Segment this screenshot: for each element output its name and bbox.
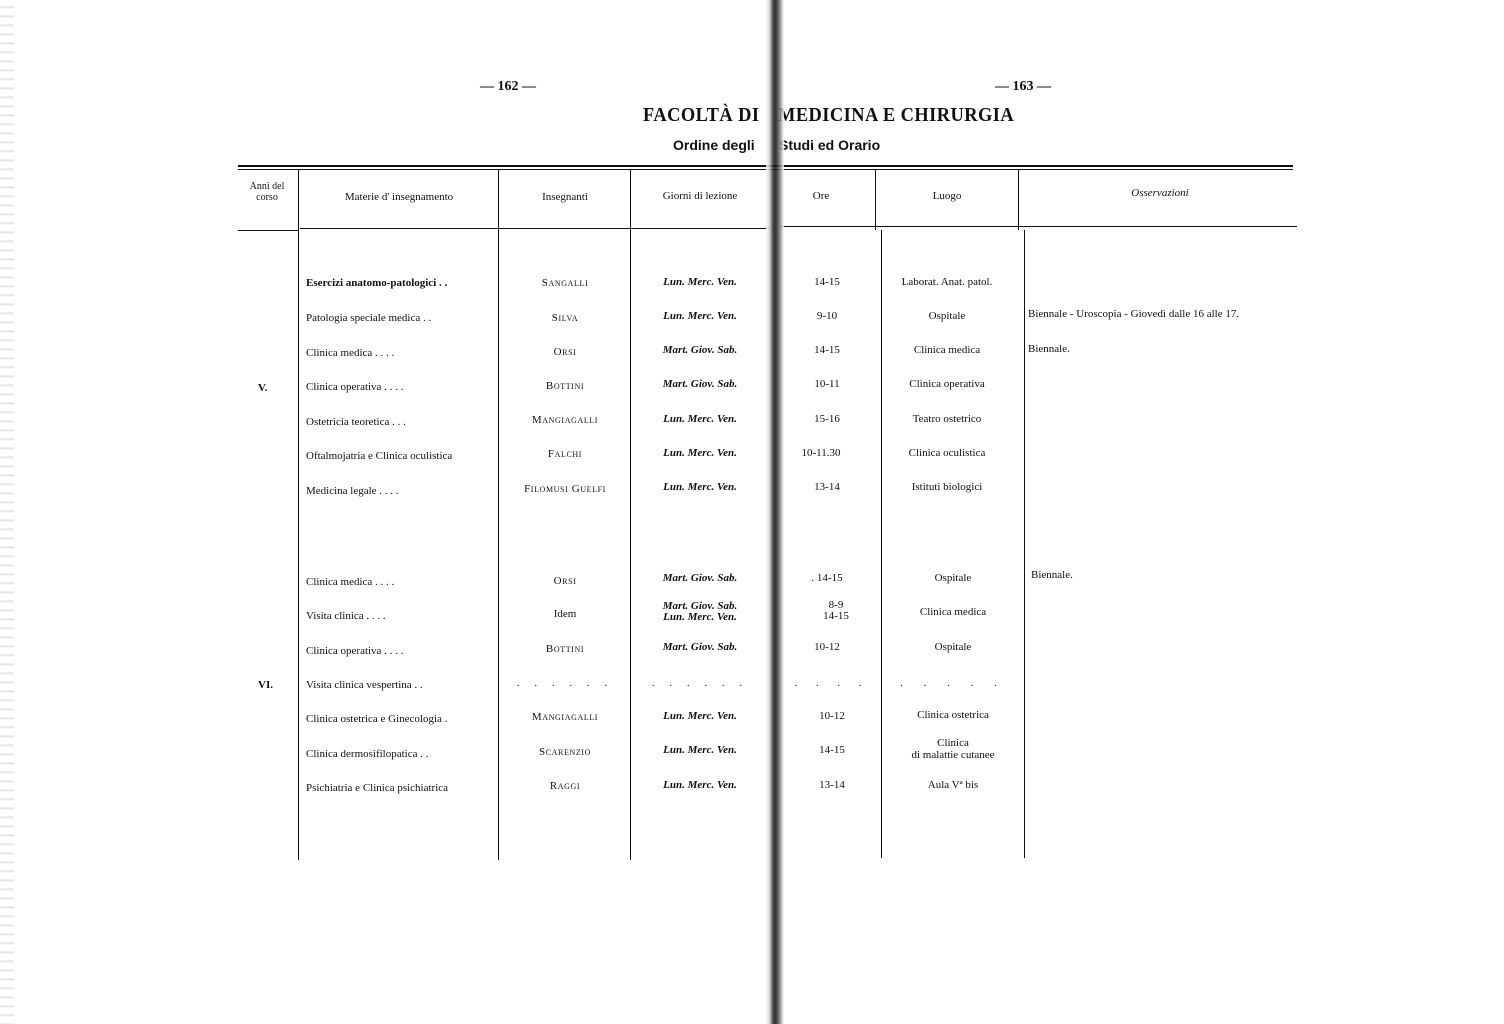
- materia: Clinica medica . . . .: [306, 347, 394, 359]
- header-bottom-rule-left: [238, 230, 298, 231]
- insegnante: Bottini: [500, 643, 630, 655]
- subtitle-left: Ordine degli: [673, 137, 755, 153]
- luogo: Clinica: [883, 738, 1023, 749]
- header-ore: Ore: [784, 191, 858, 202]
- col-line-4b: [881, 230, 882, 858]
- luogo: Clinica medica: [877, 344, 1017, 356]
- col-line-5b: [1024, 230, 1025, 858]
- page-number-right: — 163 —: [995, 79, 1051, 95]
- giorni: Lun. Merc. Ven.: [632, 481, 768, 493]
- osservazione: Biennale.: [1028, 343, 1070, 355]
- ore: 15-16: [784, 413, 870, 425]
- luogo: Clinica oculistica: [877, 447, 1017, 459]
- materia: Oftalmojatria e Clinica oculistica: [306, 450, 452, 462]
- header-materie: Materie d' insegnamento: [300, 192, 498, 203]
- insegnante: Idem: [500, 608, 630, 620]
- header-giorni: Giorni di lezione: [632, 191, 768, 202]
- luogo: Clinica ostetrica: [883, 709, 1023, 721]
- insegnante: Orsi: [500, 346, 630, 358]
- giorni-2: Lun. Merc. Ven.: [632, 612, 768, 623]
- materia: Esercizi anatomo-patologici . .: [306, 277, 447, 289]
- giorni: . . . . . .: [632, 677, 768, 689]
- insegnante: Scarenzio: [500, 746, 630, 758]
- insegnante: Mangiagalli: [500, 711, 630, 723]
- insegnante: . . . . . .: [500, 677, 630, 689]
- ore: 10-11.30: [784, 447, 858, 459]
- giorni: Mart. Giov. Sab.: [632, 344, 768, 356]
- giorni: Mart. Giov. Sab.: [632, 572, 768, 584]
- year-label-v: V.: [258, 382, 267, 394]
- ore: 10-12: [784, 710, 880, 722]
- luogo: Aula Vª bis: [883, 779, 1023, 791]
- giorni: Mart. Giov. Sab.: [632, 378, 768, 390]
- ore: 10-12: [784, 641, 870, 653]
- insegnante: Sangalli: [500, 277, 630, 289]
- materia: Ostetricia teoretica . . .: [306, 416, 406, 428]
- luogo: Istituti biologici: [877, 481, 1017, 493]
- materia: Patologia speciale medica . .: [306, 312, 431, 324]
- luogo: Clinica medica: [883, 606, 1023, 618]
- year-label-vi: VI.: [258, 679, 273, 691]
- insegnante: Falchi: [500, 448, 630, 460]
- header-bottom-rule-mid: [300, 228, 770, 229]
- materia: Clinica dermosifilopatica . .: [306, 748, 429, 760]
- giorni: Lun. Merc. Ven.: [632, 310, 768, 322]
- header-luogo: Luogo: [877, 191, 1017, 202]
- page-title-right: MEDICINA E CHIRURGIA: [778, 104, 1014, 127]
- giorni: Lun. Merc. Ven.: [632, 710, 768, 722]
- ore: 13-14: [784, 779, 880, 791]
- luogo: Ospitale: [883, 572, 1023, 584]
- osservazione: Biennale.: [1031, 569, 1073, 581]
- book-spine: [766, 0, 784, 1024]
- page-number-left: — 162 —: [480, 79, 536, 95]
- ore: 13-14: [784, 481, 870, 493]
- luogo: Teatro ostetrico: [877, 413, 1017, 425]
- ore: . 14-15: [784, 572, 870, 584]
- ore: 14-15: [784, 344, 870, 356]
- col-line-3: [630, 170, 631, 860]
- insegnante: Bottini: [500, 380, 630, 392]
- materia: Clinica medica . . . .: [306, 576, 394, 588]
- materia: Clinica operativa . . . .: [306, 381, 403, 393]
- ore-2: 14-15: [784, 611, 888, 622]
- ore: 9-10: [784, 310, 870, 322]
- luogo: Clinica operativa: [877, 378, 1017, 390]
- ore: 10-11: [784, 378, 870, 390]
- col-line-5a: [1018, 170, 1019, 230]
- giorni: Lun. Merc. Ven.: [632, 779, 768, 791]
- scan-edge: [0, 0, 14, 1024]
- insegnante: Filomusi Guelfi: [500, 483, 630, 495]
- materia: Clinica ostetrica e Ginecologia .: [306, 713, 447, 725]
- header-anni: Anni del corso: [242, 181, 292, 203]
- materia: Visita clinica vespertina . .: [306, 679, 423, 691]
- insegnante: Orsi: [500, 575, 630, 587]
- osservazione: Biennale - Uroscopia - Giovedì dalle 16 …: [1028, 308, 1239, 320]
- ore: 14-15: [784, 276, 870, 288]
- header-insegnanti: Insegnanti: [500, 192, 630, 203]
- giorni: Lun. Merc. Ven.: [632, 276, 768, 288]
- luogo-2: di malattie cutanee: [883, 750, 1023, 761]
- giorni: Lun. Merc. Ven.: [632, 413, 768, 425]
- header-osservazioni: Osservazioni: [1020, 188, 1300, 199]
- page-title-left: FACOLTÀ DI: [643, 104, 760, 127]
- materia: Clinica operativa . . . .: [306, 645, 403, 657]
- materia: Visita clinica . . . .: [306, 610, 386, 622]
- luogo: Ospitale: [877, 310, 1017, 322]
- luogo: . . . . .: [883, 677, 1023, 689]
- materia: Medicina legale . . . .: [306, 485, 399, 497]
- col-line-1: [298, 170, 299, 860]
- luogo: Ospitale: [883, 641, 1023, 653]
- materia: Psichiatria e Clinica psichiatrica: [306, 782, 448, 794]
- giorni: Lun. Merc. Ven.: [632, 744, 768, 756]
- giorni: Lun. Merc. Ven.: [632, 447, 768, 459]
- insegnante: Raggi: [500, 780, 630, 792]
- ore: . . . .: [784, 677, 880, 689]
- luogo: Laborat. Anat. patol.: [877, 276, 1017, 288]
- insegnante: Silva: [500, 312, 630, 324]
- ore: 14-15: [784, 744, 880, 756]
- giorni: Mart. Giov. Sab.: [632, 641, 768, 653]
- header-bottom-rule-right: [780, 226, 1297, 227]
- insegnante: Mangiagalli: [500, 414, 630, 426]
- subtitle-right: Studi ed Orario: [779, 137, 880, 153]
